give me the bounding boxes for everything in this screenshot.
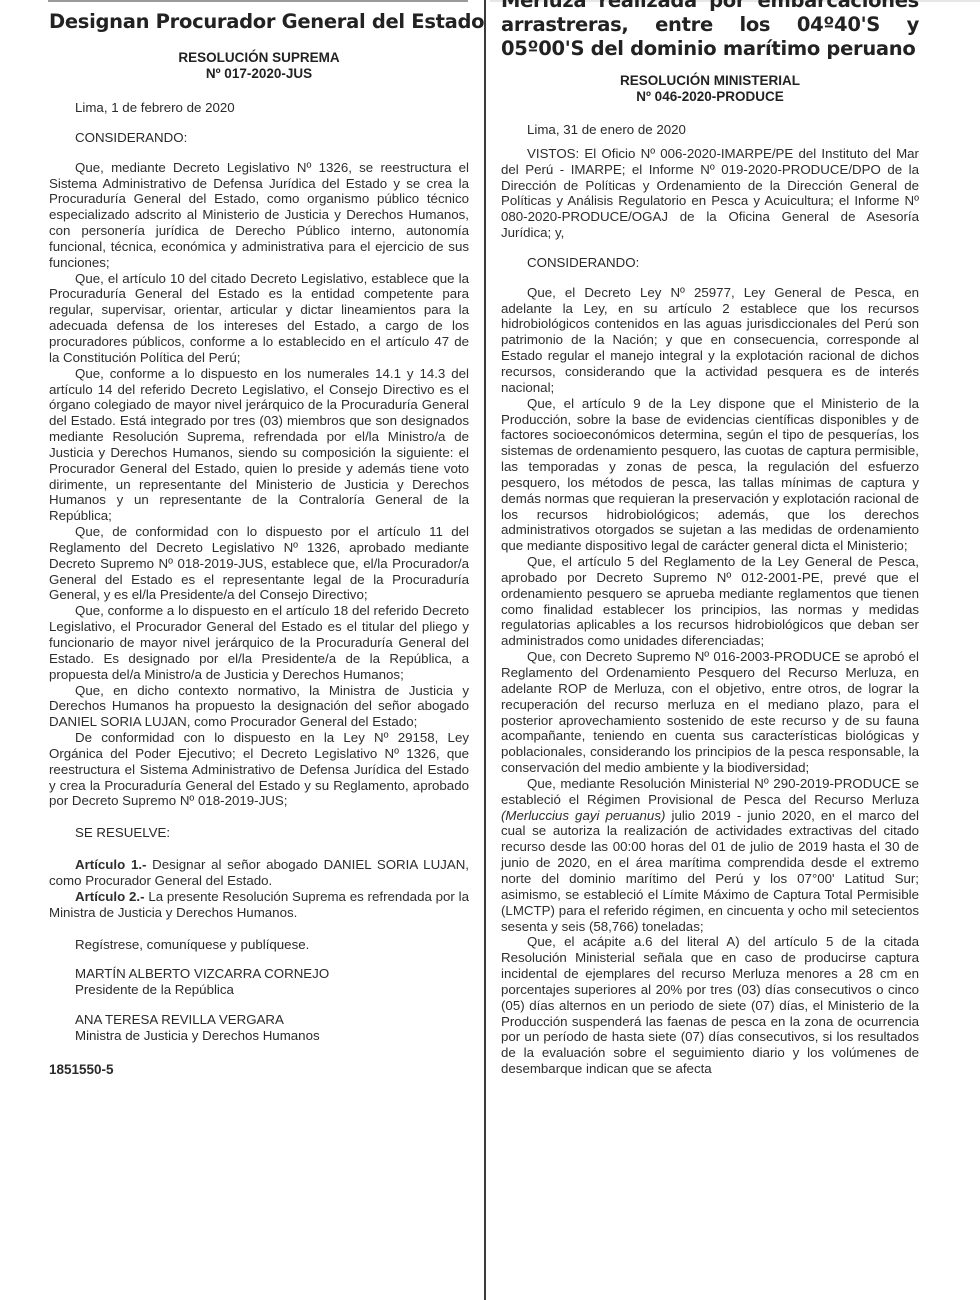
- paragraph: De conformidad con lo dispuesto en la Le…: [49, 730, 469, 809]
- paragraph: Que, el Decreto Ley Nº 25977, Ley Genera…: [501, 285, 919, 396]
- paragraph: Que, el acápite a.6 del literal A) del a…: [501, 934, 919, 1077]
- resolution-number-left: Nº 017-2020-JUS: [49, 66, 469, 82]
- date-left: Lima, 1 de febrero de 2020: [49, 100, 469, 116]
- paragraph: Que, de conformidad con lo dispuesto por…: [49, 524, 469, 603]
- resolution-type-left: RESOLUCIÓN SUPREMA: [49, 50, 469, 66]
- resolution-type-right: RESOLUCIÓN MINISTERIAL: [501, 73, 919, 89]
- date-right: Lima, 31 de enero de 2020: [501, 122, 919, 138]
- paragraph: Que, mediante Decreto Legislativo Nº 132…: [49, 160, 469, 271]
- paragraph: Que, con Decreto Supremo Nº 016-2003-PRO…: [501, 649, 919, 776]
- headline-right: Merluza realizada por embarcaciones arra…: [501, 0, 919, 61]
- signatory-name: MARTÍN ALBERTO VIZCARRA CORNEJO: [49, 966, 469, 982]
- resolution-number-right: Nº 046-2020-PRODUCE: [501, 89, 919, 105]
- species-name: (Merluccius gayi peruanus): [501, 808, 665, 823]
- headline-left: Designan Procurador General del Estado: [49, 0, 469, 34]
- article-label: Artículo 2.-: [75, 889, 145, 904]
- paragraph: Que, el artículo 5 del Reglamento de la …: [501, 554, 919, 649]
- closing-formula: Regístrese, comuníquese y publíquese.: [49, 937, 469, 953]
- vistos-paragraph: VISTOS: El Oficio Nº 006-2020-IMARPE/PE …: [501, 146, 919, 241]
- article-label: Artículo 1.-: [75, 857, 146, 872]
- considerando-left: CONSIDERANDO:: [49, 130, 469, 146]
- signatory-title: Ministra de Justicia y Derechos Humanos: [49, 1028, 469, 1044]
- signatory-name: ANA TERESA REVILLA VERGARA: [49, 1012, 469, 1028]
- text: Que, mediante Resolución Ministerial Nº …: [501, 776, 919, 807]
- paragraph: Que, conforme a lo dispuesto en los nume…: [49, 366, 469, 524]
- article-2: Artículo 2.- La presente Resolución Supr…: [49, 889, 469, 921]
- considerando-right: CONSIDERANDO:: [501, 255, 919, 271]
- paragraph: Que, el artículo 10 del citado Decreto L…: [49, 271, 469, 366]
- text: julio 2019 - junio 2020, en el marco del…: [501, 808, 919, 934]
- article-1: Artículo 1.- Designar al señor abogado D…: [49, 857, 469, 889]
- signatory-title: Presidente de la República: [49, 982, 469, 998]
- paragraph: Que, conforme a lo dispuesto en el artíc…: [49, 603, 469, 682]
- paragraph: Que, el artículo 9 de la Ley dispone que…: [501, 396, 919, 554]
- se-resuelve: SE RESUELVE:: [49, 825, 469, 841]
- right-column: Merluza realizada por embarcaciones arra…: [501, 0, 919, 1077]
- paragraph-rm290: Que, mediante Resolución Ministerial Nº …: [501, 776, 919, 934]
- column-divider: [484, 0, 486, 1300]
- paragraph: Que, en dicho contexto normativo, la Min…: [49, 683, 469, 731]
- left-column: Designan Procurador General del Estado R…: [49, 0, 469, 1077]
- publication-code: 1851550-5: [49, 1062, 469, 1077]
